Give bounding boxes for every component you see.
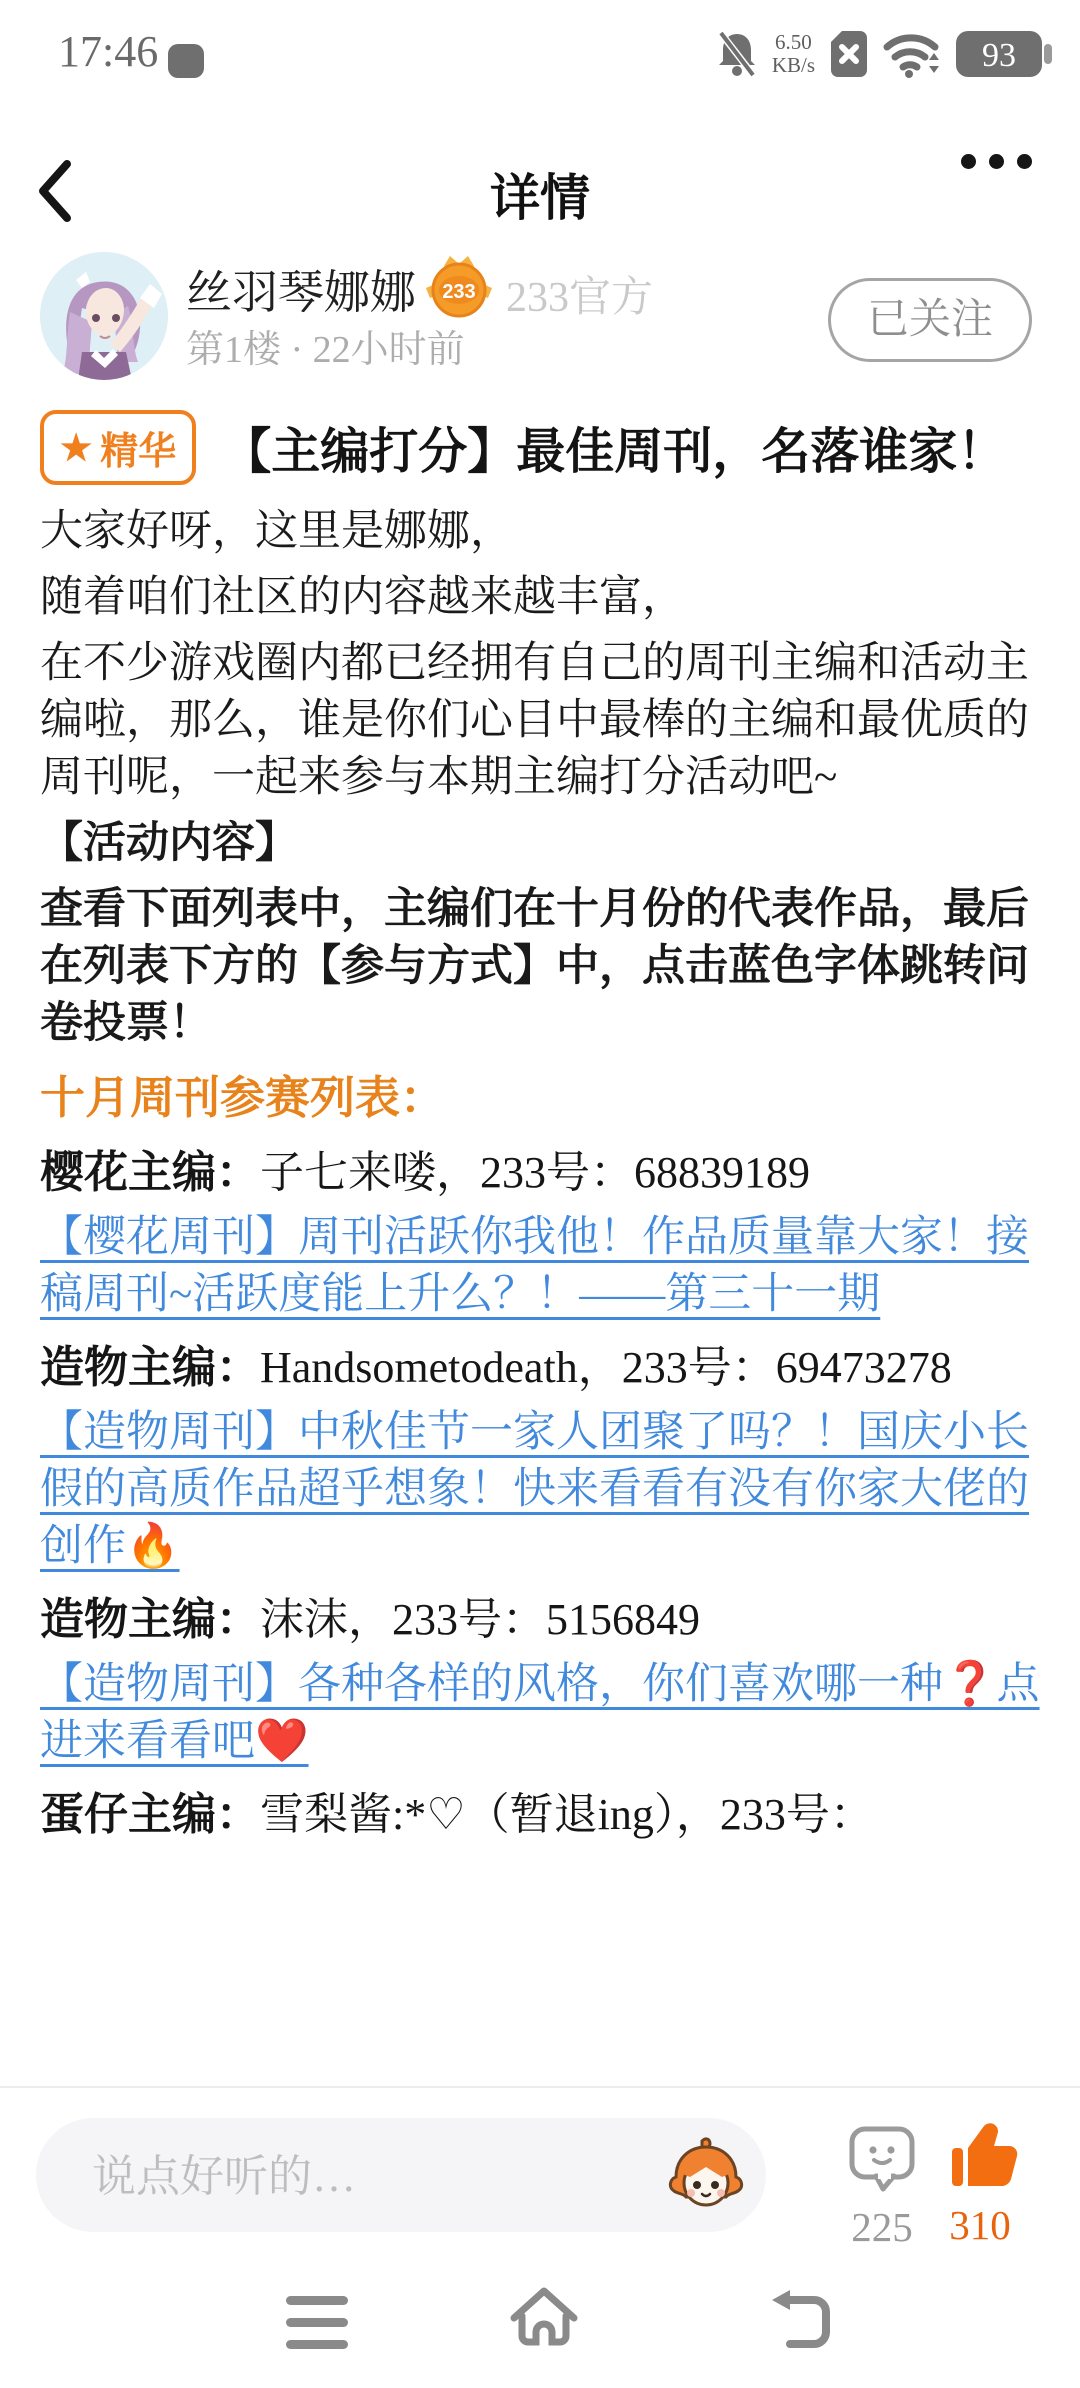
follow-button[interactable]: 已关注 [828, 278, 1032, 362]
sim-card-icon [828, 28, 870, 80]
entry-label: 造物主编： [40, 1343, 260, 1392]
comment-icon [846, 2122, 918, 2194]
like-count: 310 [932, 2201, 1028, 2249]
post-meta: 第1楼 · 22小时前 [186, 318, 465, 373]
paragraph-3: 在不少游戏圈内都已经拥有自己的周刊主编和活动主编啦，那么，谁是你们心目中最棒的主… [40, 635, 1040, 806]
post-content: ★ 精华 【主编打分】最佳周刊，名落谁家！ 大家好呀，这里是娜娜， 随着咱们社区… [40, 410, 1040, 1843]
comment-count: 225 [838, 2203, 926, 2251]
entry-link[interactable]: 【造物周刊】中秋佳节一家人团聚了吗？！国庆小长假的高质作品超乎想象！快来看看有没… [40, 1404, 1040, 1575]
comment-input[interactable] [90, 2118, 654, 2234]
official-tag: 233官方 [506, 264, 653, 324]
paragraph-1: 大家好呀，这里是娜娜， [40, 503, 1040, 560]
notification-app-icon [168, 44, 204, 78]
section-body: 查看下面列表中，主编们在十月份的代表作品，最后在列表下方的【参与方式】中，点击蓝… [40, 881, 1040, 1052]
like-button[interactable]: 310 [932, 2114, 1028, 2249]
badge-233-icon: 233 [420, 248, 498, 326]
essence-badge: ★ 精华 [40, 410, 196, 485]
more-icon [961, 154, 976, 169]
comment-input-pill[interactable] [36, 2118, 766, 2232]
avatar[interactable] [40, 252, 168, 380]
menu-button[interactable] [286, 2296, 348, 2362]
back-nav-icon [766, 2290, 832, 2352]
star-icon: ★ [60, 430, 92, 466]
status-time: 17:46 [58, 26, 158, 77]
status-bar: 17:46 6.50 KB/s [0, 0, 1080, 96]
author-name[interactable]: 丝羽琴娜娜 [186, 256, 416, 322]
entry-row: 造物主编：Handsometodeath，233号：69473278 [40, 1339, 1040, 1396]
page-title: 详情 [0, 158, 1080, 230]
author-row: 丝羽琴娜娜 233 233官方 第1楼 · 22小时前 已关注 [0, 252, 1080, 388]
mascot-emoji-icon[interactable] [668, 2137, 744, 2213]
network-speed: 6.50 KB/s [772, 31, 815, 77]
section-heading: 【活动内容】 [40, 815, 1040, 872]
entry-label: 造物主编： [40, 1595, 260, 1644]
more-button[interactable] [951, 144, 1042, 179]
svg-text:233: 233 [442, 281, 475, 303]
avatar-image [40, 252, 168, 380]
comment-count-button[interactable]: 225 [838, 2122, 926, 2251]
like-icon [940, 2114, 1020, 2192]
entry-link[interactable]: 【造物周刊】各种各样的风格，你们喜欢哪一种❓点进来看看吧❤️ [40, 1656, 1040, 1770]
divider [0, 2086, 1080, 2088]
list-heading: 十月周刊参赛列表： [40, 1061, 1040, 1126]
recent-back-button[interactable] [766, 2290, 832, 2357]
battery-percent: 93 [982, 37, 1016, 74]
screen: 17:46 6.50 KB/s [0, 0, 1080, 2388]
nav-bar: 详情 [0, 142, 1080, 244]
battery-icon: 93 [954, 27, 1054, 81]
entry-value: 子七来喽，233号：68839189 [260, 1148, 810, 1197]
system-navbar [0, 2270, 1080, 2388]
bell-muted-icon [715, 29, 759, 79]
entry-row: 樱花主编：子七来喽，233号：68839189 [40, 1144, 1040, 1201]
entry-value: 雪梨酱:*♡（暂退ing），233号： [260, 1790, 874, 1839]
entry-value: 沫沫，233号：5156849 [260, 1595, 700, 1644]
entry-row: 造物主编：沫沫，233号：5156849 [40, 1591, 1040, 1648]
entry-link[interactable]: 【樱花周刊】周刊活跃你我他！作品质量靠大家！接稿周刊~活跃度能上升么？！——第三… [40, 1209, 1040, 1323]
entry-value: Handsometodeath，233号：69473278 [260, 1343, 952, 1392]
title-row: ★ 精华 【主编打分】最佳周刊，名落谁家！ [40, 410, 1040, 485]
entry-row: 蛋仔主编：雪梨酱:*♡（暂退ing），233号： [40, 1786, 1040, 1843]
home-button[interactable] [506, 2284, 582, 2355]
entry-label: 蛋仔主编： [40, 1790, 260, 1839]
menu-icon [286, 2296, 348, 2305]
post-title: 【主编打分】最佳周刊，名落谁家！ [222, 413, 1006, 483]
paragraph-2: 随着咱们社区的内容越来越丰富， [40, 569, 1040, 626]
wifi-icon [883, 30, 941, 78]
home-icon [506, 2284, 582, 2350]
status-icons: 6.50 KB/s 93 [715, 26, 1054, 82]
entry-label: 樱花主编： [40, 1148, 260, 1197]
essence-label: 精华 [100, 420, 176, 475]
